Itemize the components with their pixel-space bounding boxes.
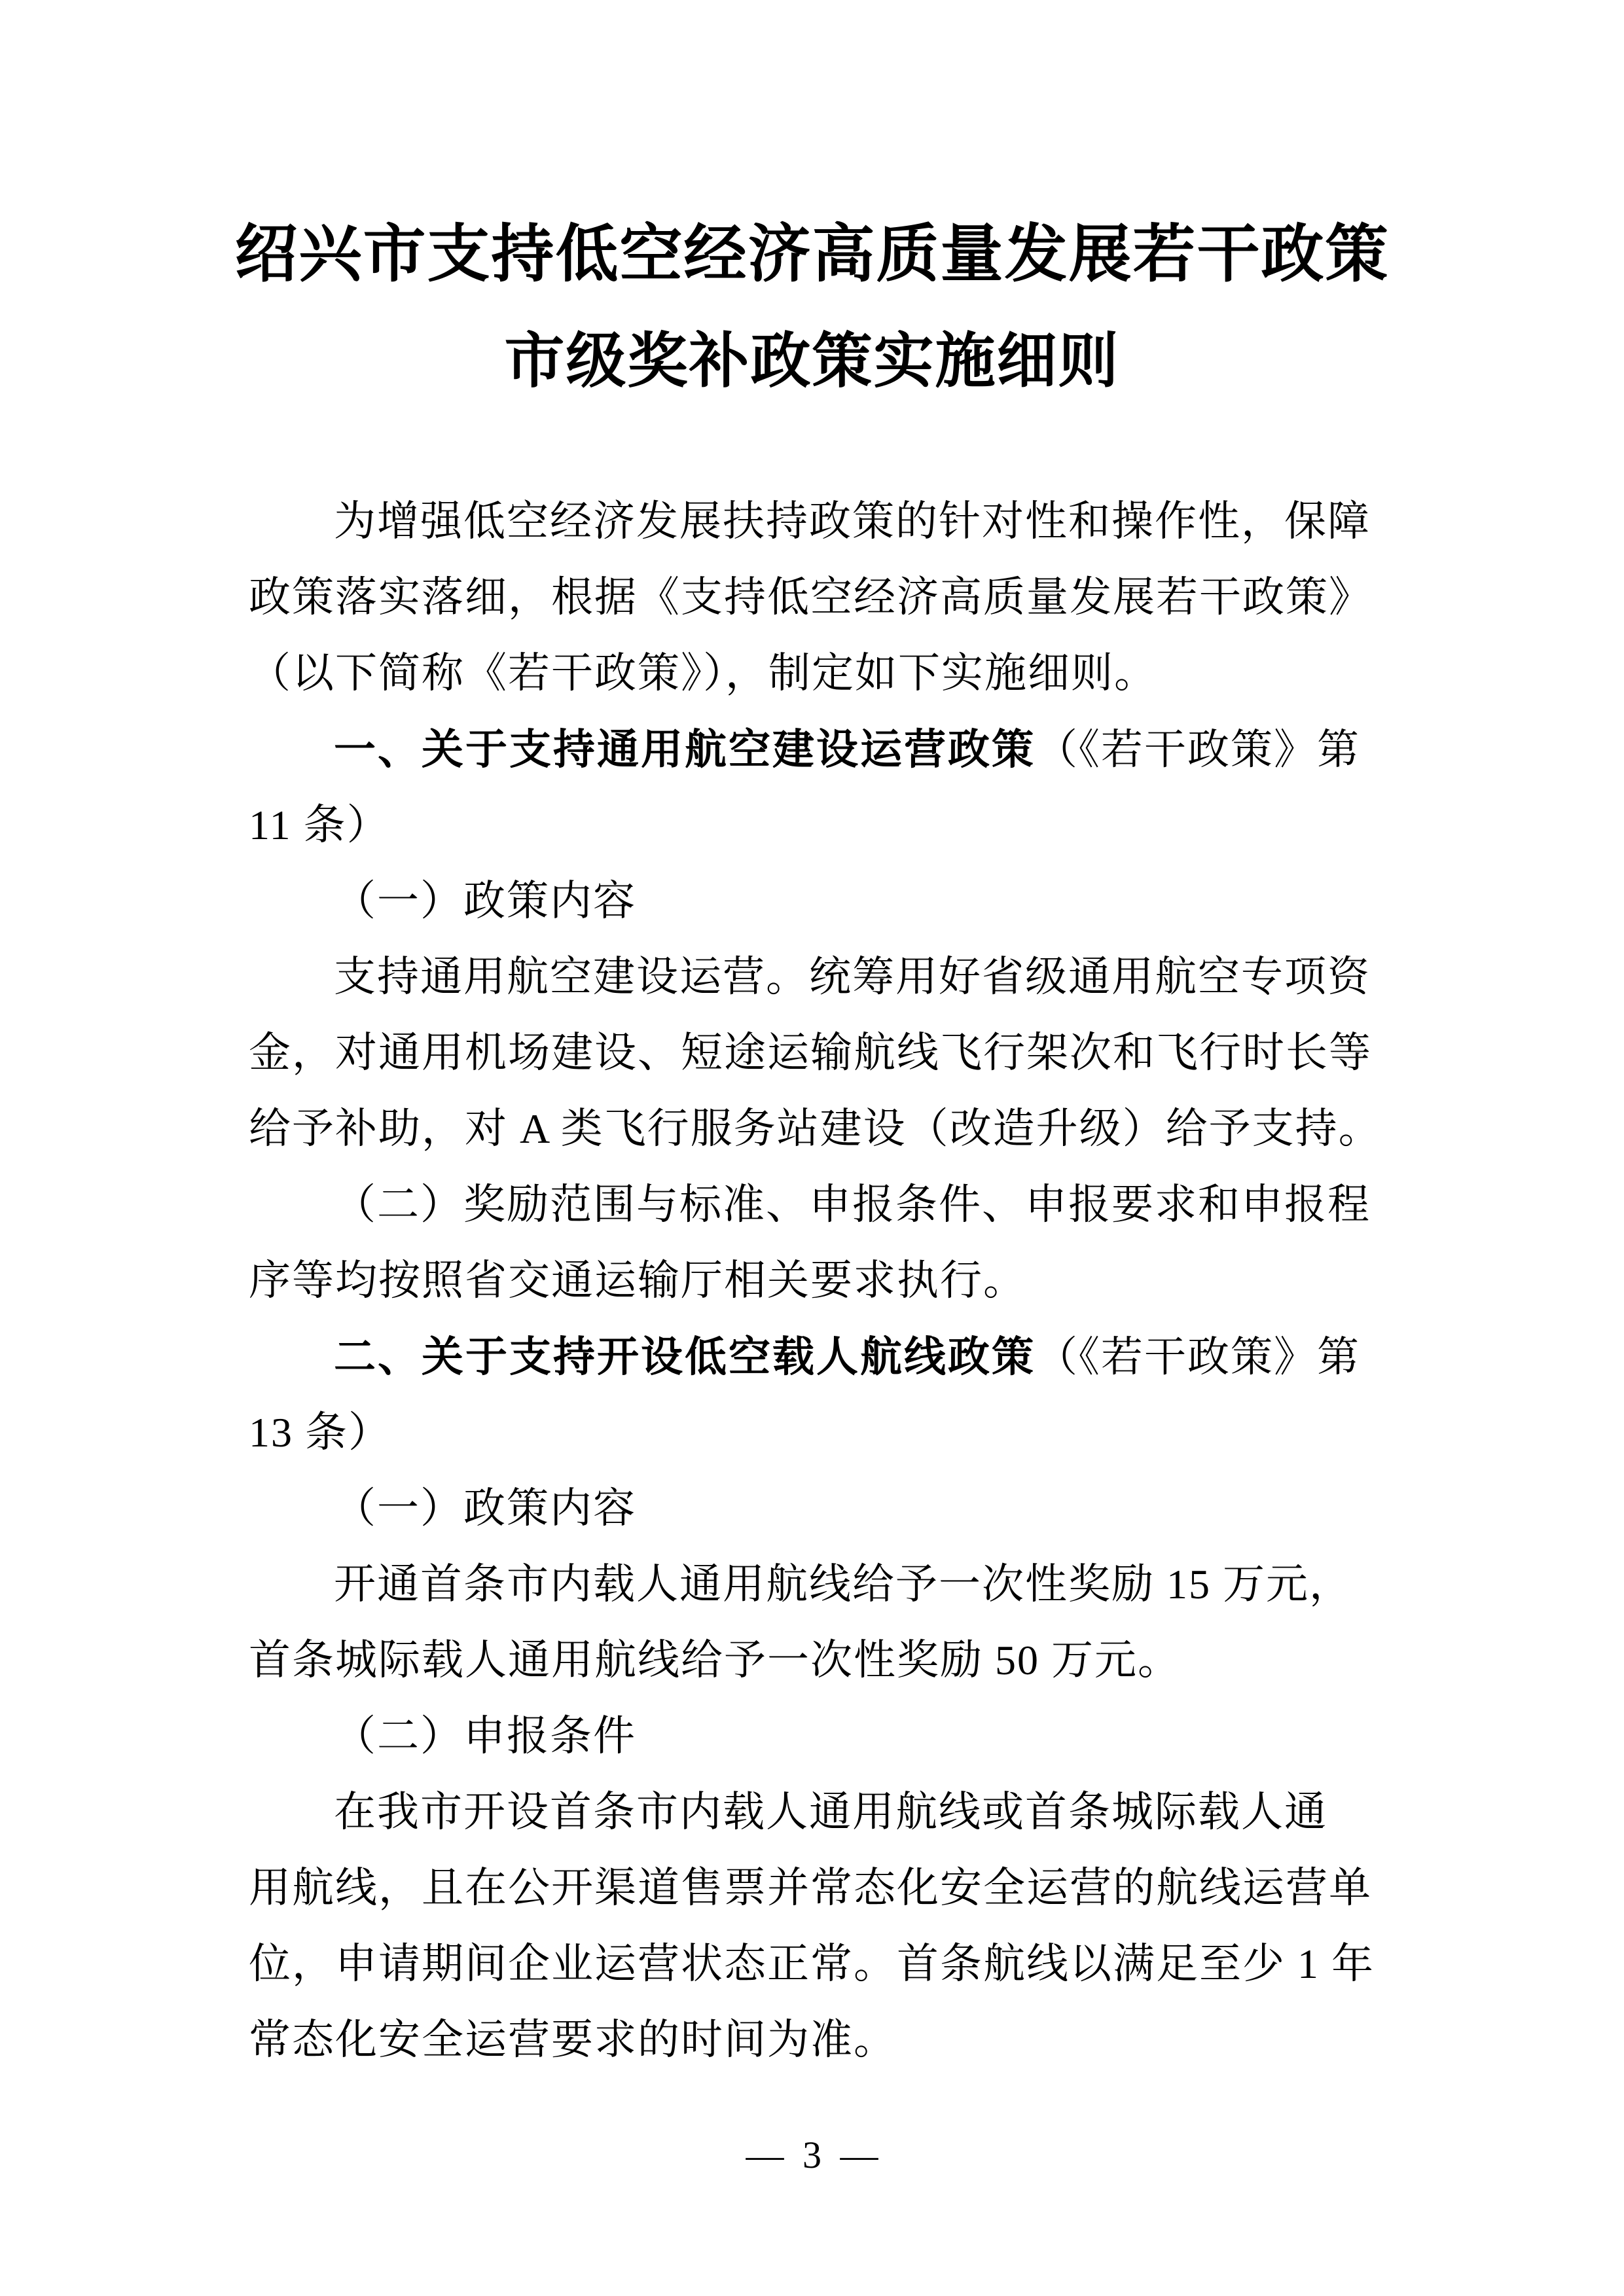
footer-dash-left: — <box>737 2134 793 2176</box>
document-page: 绍兴市支持低空经济高质量发展若干政策 市级奖补政策实施细则 为增强低空经济发展扶… <box>0 0 1624 2296</box>
section-heading-tail-text: （《若干政策》第 <box>1036 1334 1360 1380</box>
body-text-line: 开通首条市内载人通用航线给予一次性奖励 15 万元， <box>249 1547 1389 1623</box>
body-text-line: 政策落实落细，根据《支持低空经济高质量发展若干政策》 <box>249 560 1389 636</box>
body-text-line: 支持通用航空建设运营。统筹用好省级通用航空专项资 <box>249 939 1389 1015</box>
body-text-line: 金，对通用机场建设、短途运输航线飞行架次和飞行时长等 <box>249 1015 1389 1091</box>
section-heading-bold-text: 一、关于支持通用航空建设运营政策 <box>334 726 1036 773</box>
section-heading-line: 二、关于支持开设低空载人航线政策（《若干政策》第 <box>249 1319 1389 1395</box>
document-body: 为增强低空经济发展扶持政策的针对性和操作性，保障政策落实落细，根据《支持低空经济… <box>249 484 1389 2078</box>
section-heading-line: 一、关于支持通用航空建设运营政策（《若干政策》第 <box>249 711 1389 787</box>
subheading-line: （二）申报条件 <box>249 1698 1389 1774</box>
body-text-line: （以下简称《若干政策》），制定如下实施细则。 <box>249 636 1389 711</box>
section-heading-continuation-line: 13 条） <box>249 1395 1389 1471</box>
section-heading-bold-text: 二、关于支持开设低空载人航线政策 <box>334 1333 1036 1380</box>
body-text-line: 常态化安全运营要求的时间为准。 <box>249 2002 1389 2078</box>
body-text-line: 为增强低空经济发展扶持政策的针对性和操作性，保障 <box>249 484 1389 560</box>
body-text-line: 给予补助，对 A 类飞行服务站建设（改造升级）给予支持。 <box>249 1091 1389 1167</box>
subheading-line: （一）政策内容 <box>249 863 1389 939</box>
footer-page-number: 3 <box>803 2134 821 2176</box>
body-text-line: 位，申请期间企业运营状态正常。首条航线以满足至少 1 年 <box>249 1926 1389 2002</box>
footer-dash-right: — <box>831 2134 888 2176</box>
body-text-line: 在我市开设首条市内载人通用航线或首条城际载人通 <box>249 1774 1389 1850</box>
document-title-line2: 市级奖补政策实施细则 <box>0 329 1624 395</box>
section-heading-tail-text: （《若干政策》第 <box>1036 726 1360 773</box>
page-footer: — 3 — <box>0 2132 1624 2178</box>
document-title-line1: 绍兴市支持低空经济高质量发展若干政策 <box>0 220 1624 289</box>
body-text-line: 首条城际载人通用航线给予一次性奖励 50 万元。 <box>249 1623 1389 1698</box>
subheading-line: （一）政策内容 <box>249 1471 1389 1547</box>
body-text-line: 用航线，且在公开渠道售票并常态化安全运营的航线运营单 <box>249 1850 1389 1926</box>
subheading-line: （二）奖励范围与标准、申报条件、申报要求和申报程 <box>249 1167 1389 1243</box>
subheading-line: 序等均按照省交通运输厅相关要求执行。 <box>249 1243 1389 1319</box>
section-heading-continuation-line: 11 条） <box>249 787 1389 863</box>
